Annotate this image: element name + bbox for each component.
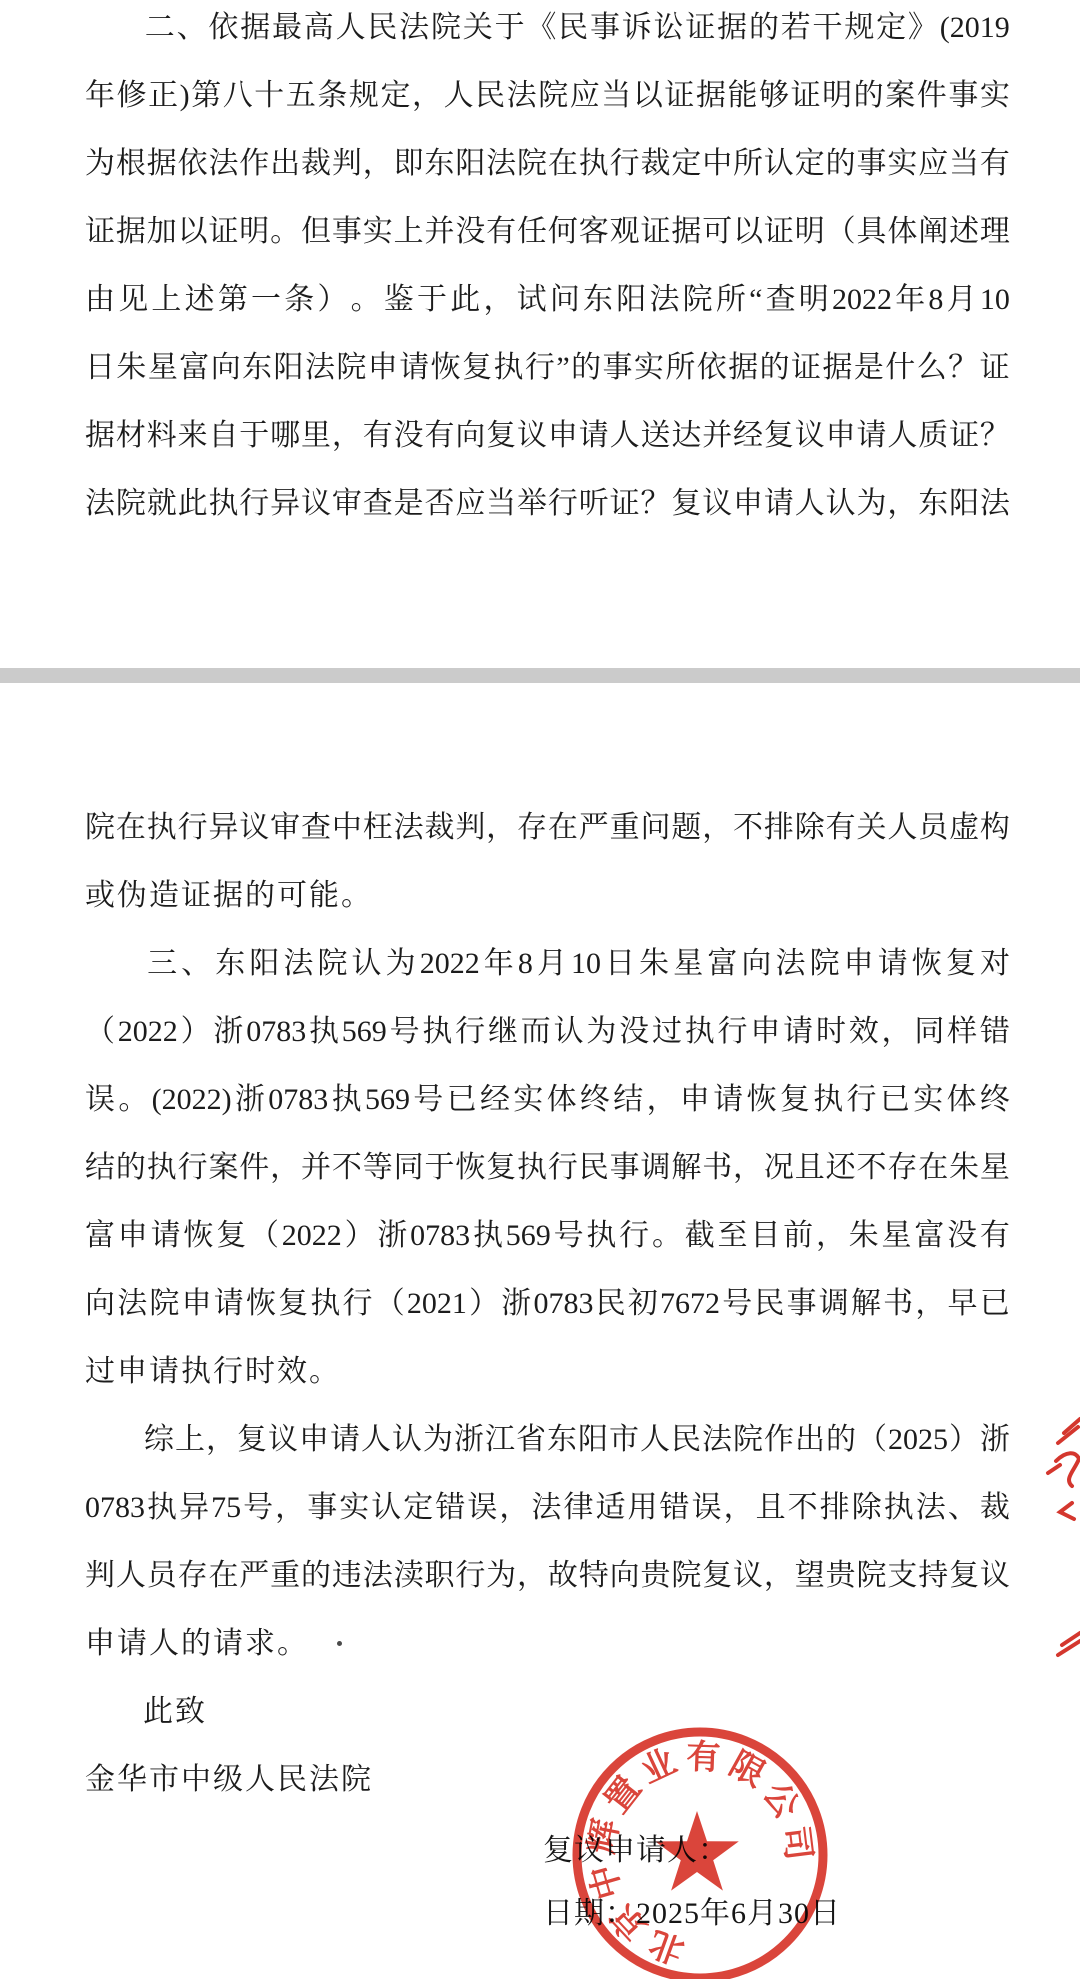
seal-star-icon [655, 1811, 739, 1891]
text-line: 误。(2022)浙0783执569号已经实体终结，申请恢复执行已实体终 [85, 1066, 1010, 1134]
text-line: 法院就此执行异议审查是否应当举行听证？复议申请人认为，东阳法 [85, 470, 1010, 538]
text-line: 结的执行案件，并不等同于恢复执行民事调解书，况且还不存在朱星 [85, 1134, 1010, 1202]
text-line: 三、东阳法院认为2022年8月10日朱星富向法院申请恢复对 [85, 930, 1010, 998]
text-line: 年修正)第八十五条规定，人民法院应当以证据能够证明的案件事实 [85, 62, 1010, 130]
text-line: 过申请执行时效。 [85, 1338, 1010, 1406]
text-line: 判人员存在严重的违法渎职行为，故特向贵院复议，望贵院支持复议 [85, 1542, 1010, 1610]
text-line: 据材料来自于哪里，有没有向复议申请人送达并经复议申请人质证？ [85, 402, 1010, 470]
company-seal-stamp: 北京中辉置业有限公司 [545, 1700, 865, 1979]
page-break-band [0, 668, 1080, 683]
text-line: 二、依据最高人民法院关于《民事诉讼证据的若干规定》(2019 [85, 0, 1010, 62]
seal-character: 有 [686, 1738, 721, 1777]
text-line: 为根据依法作出裁判，即东阳法院在执行裁定中所认定的事实应当有 [85, 130, 1010, 198]
edge-seal-fragment-icon [1038, 1415, 1080, 1675]
text-line: 申请人的请求。 [85, 1610, 1010, 1678]
scan-artifact-dot [337, 1641, 342, 1646]
text-line: 0783执异75号，事实认定错误，法律适用错误，且不排除执法、裁 [85, 1474, 1010, 1542]
text-line: 日朱星富向东阳法院申请恢复执行”的事实所依据的证据是什么？证 [85, 334, 1010, 402]
text-line: 向法院申请恢复执行（2021）浙0783民初7672号民事调解书，早已 [85, 1270, 1010, 1338]
seal-character: 司 [776, 1824, 818, 1862]
text-line: 院在执行异议审查中枉法裁判，存在严重问题，不排除有关人员虚构 [85, 794, 1010, 862]
seal-character: 北 [644, 1923, 689, 1969]
page2-text-block: 院在执行异议审查中枉法裁判，存在严重问题，不排除有关人员虚构或伪造证据的可能。三… [85, 794, 1010, 1814]
text-line: 由见上述第一条）。鉴于此，试问东阳法院所“查明2022年8月10 [85, 266, 1010, 334]
page1-text-block: 二、依据最高人民法院关于《民事诉讼证据的若干规定》(2019年修正)第八十五条规… [85, 0, 1010, 538]
text-line: 综上，复议申请人认为浙江省东阳市人民法院作出的（2025）浙 [85, 1406, 1010, 1474]
scanned-document-page: 二、依据最高人民法院关于《民事诉讼证据的若干规定》(2019年修正)第八十五条规… [0, 0, 1080, 1979]
text-line: 富申请恢复（2022）浙0783执569号执行。截至目前，朱星富没有 [85, 1202, 1010, 1270]
seal-character: 中 [583, 1860, 629, 1903]
text-line: （2022）浙0783执569号执行继而认为没过执行申请时效，同样错 [85, 998, 1010, 1066]
seal-character: 辉 [582, 1816, 626, 1857]
text-line: 或伪造证据的可能。 [85, 862, 1010, 930]
text-line: 证据加以证明。但事实上并没有任何客观证据可以证明（具体阐述理 [85, 198, 1010, 266]
